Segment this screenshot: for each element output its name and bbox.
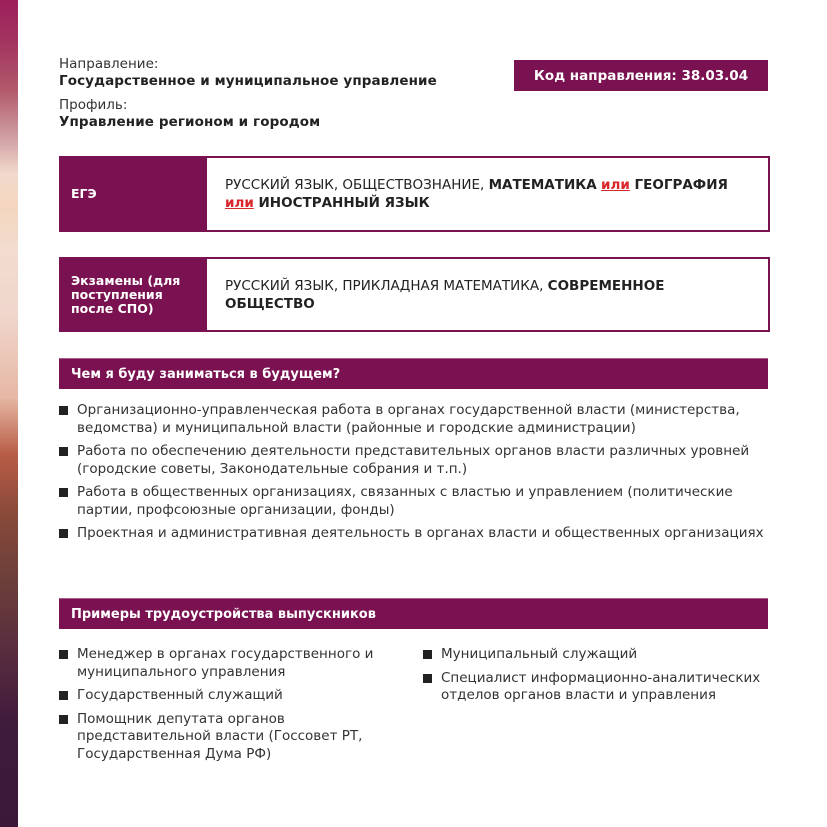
list-item-text: Проектная и административная деятельност… xyxy=(77,525,764,541)
employment-section-header: Примеры трудоустройства выпускников xyxy=(59,598,768,629)
square-bullet-icon xyxy=(59,529,68,538)
or-connector: или xyxy=(225,195,254,211)
subject-required: ГЕОГРАФИЯ xyxy=(630,177,728,193)
square-bullet-icon xyxy=(59,650,68,659)
future-list-item: Организационно-управленческая работа в о… xyxy=(59,402,771,437)
future-list-item: Проектная и административная деятельност… xyxy=(59,525,771,543)
square-bullet-icon xyxy=(423,674,432,683)
square-bullet-icon xyxy=(423,650,432,659)
square-bullet-icon xyxy=(59,447,68,456)
employment-list-left: Менеджер в органах государственного и му… xyxy=(59,646,394,769)
square-bullet-icon xyxy=(59,715,68,724)
list-item-text: Менеджер в органах государственного и му… xyxy=(77,646,373,680)
ege-label: ЕГЭ xyxy=(61,158,207,230)
future-list-item: Работа по обеспечению деятельности предс… xyxy=(59,443,771,478)
spo-exams-subjects: РУССКИЙ ЯЗЫК, ПРИКЛАДНАЯ МАТЕМАТИКА, СОВ… xyxy=(207,259,768,330)
direction-label: Направление: xyxy=(59,56,158,72)
direction-value: Государственное и муниципальное управлен… xyxy=(59,73,437,89)
subject-required: МАТЕМАТИКА xyxy=(489,177,597,193)
profile-value: Управление регионом и городом xyxy=(59,114,320,130)
or-connector: или xyxy=(601,177,630,193)
list-item-text: Работа по обеспечению деятельности предс… xyxy=(77,443,749,477)
list-item-text: Работа в общественных организациях, связ… xyxy=(77,484,733,518)
list-item-text: Муниципальный служащий xyxy=(441,646,637,662)
list-item-text: Помощник депутата органов представительн… xyxy=(77,711,362,762)
ege-subjects: РУССКИЙ ЯЗЫК, ОБЩЕСТВОЗНАНИЕ, МАТЕМАТИКА… xyxy=(207,158,768,230)
direction-code-badge: Код направления: 38.03.04 xyxy=(514,60,768,91)
future-list: Организационно-управленческая работа в о… xyxy=(59,402,771,549)
decorative-photo-strip xyxy=(0,0,18,827)
list-item-text: Специалист информационно-аналитических о… xyxy=(441,670,760,704)
employment-list-item: Помощник депутата органов представительн… xyxy=(59,711,394,764)
list-item-text: Государственный служащий xyxy=(77,687,283,703)
square-bullet-icon xyxy=(59,488,68,497)
subject-text: РУССКИЙ ЯЗЫК, ПРИКЛАДНАЯ МАТЕМАТИКА, xyxy=(225,278,548,294)
spo-exams-label: Экзамены (для поступления после СПО) xyxy=(61,259,207,330)
employment-list-item: Государственный служащий xyxy=(59,687,394,705)
square-bullet-icon xyxy=(59,406,68,415)
future-list-item: Работа в общественных организациях, связ… xyxy=(59,484,771,519)
spo-exams-row: Экзамены (для поступления после СПО) РУС… xyxy=(59,257,770,332)
subject-text: РУССКИЙ ЯЗЫК, ОБЩЕСТВОЗНАНИЕ, xyxy=(225,177,489,193)
subject-required: ИНОСТРАННЫЙ ЯЗЫК xyxy=(254,195,430,211)
employment-list-item: Менеджер в органах государственного и му… xyxy=(59,646,394,681)
square-bullet-icon xyxy=(59,691,68,700)
future-section-header: Чем я буду заниматься в будущем? xyxy=(59,358,768,389)
list-item-text: Организационно-управленческая работа в о… xyxy=(77,402,740,436)
ege-row: ЕГЭ РУССКИЙ ЯЗЫК, ОБЩЕСТВОЗНАНИЕ, МАТЕМА… xyxy=(59,156,770,232)
profile-label: Профиль: xyxy=(59,97,127,113)
employment-list-item: Муниципальный служащий xyxy=(423,646,763,664)
employment-list-item: Специалист информационно-аналитических о… xyxy=(423,670,763,705)
employment-list-right: Муниципальный служащийСпециалист информа… xyxy=(423,646,763,711)
